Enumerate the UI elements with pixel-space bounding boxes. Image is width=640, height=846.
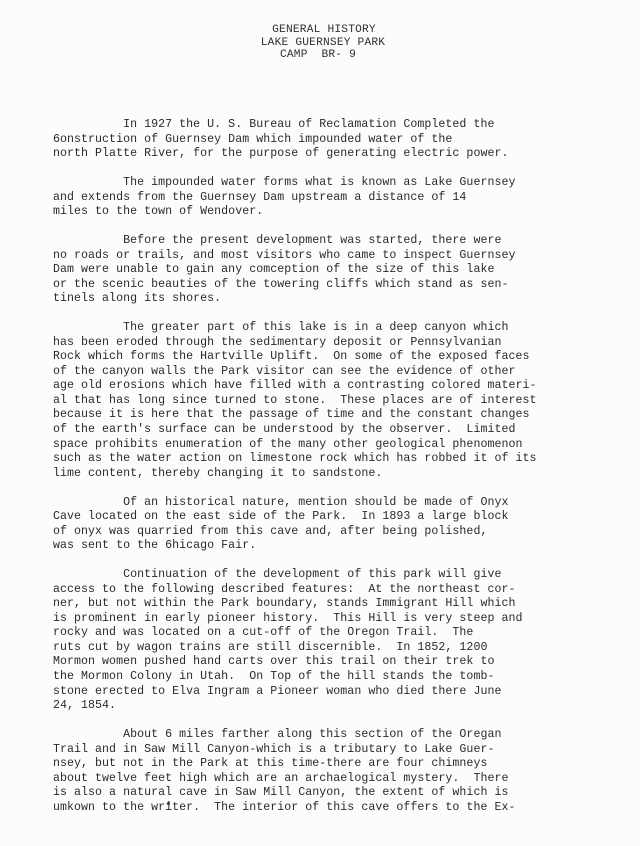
document-header: GENERAL HISTORY LAKE GUERNSEY PARK CAMP …: [0, 24, 640, 62]
text-line: al that has long since turned to stone. …: [53, 394, 593, 409]
text-line: nsey, but not in the Park at this time-t…: [53, 757, 593, 772]
text-line: 6onstruction of Guernsey Dam which impou…: [53, 133, 593, 148]
paragraph: Of an historical nature, mention should …: [53, 496, 593, 554]
text-line: 24, 1854.: [53, 699, 593, 714]
text-line: of the canyon walls the Park visitor can…: [53, 365, 593, 380]
text-line: rocky and was located on a cut-off of th…: [53, 626, 593, 641]
text-line: space prohibits enumeration of the many …: [53, 438, 593, 453]
text-line: Cave located on the east side of the Par…: [53, 510, 593, 525]
text-line: Before the present development was start…: [53, 234, 593, 249]
text-line: Of an historical nature, mention should …: [53, 496, 593, 511]
text-line: ruts cut by wagon trains are still disce…: [53, 641, 593, 656]
text-line: no roads or trails, and most visitors wh…: [53, 249, 593, 264]
text-line: Dam were unable to gain any comception o…: [53, 263, 593, 278]
text-line: About 6 miles farther along this section…: [53, 728, 593, 743]
text-line: Continuation of the development of this …: [53, 568, 593, 583]
text-line: Mormon women pushed hand carts over this…: [53, 655, 593, 670]
text-line: lime content, thereby changing it to san…: [53, 467, 593, 482]
text-line: stone erected to Elva Ingram a Pioneer w…: [53, 685, 593, 700]
text-line: the Mormon Colony in Utah. On Top of the…: [53, 670, 593, 685]
text-line: or the scenic beauties of the towering c…: [53, 278, 593, 293]
document-title: GENERAL HISTORY: [8, 24, 640, 37]
text-line: The impounded water forms what is known …: [53, 176, 593, 191]
paragraph: Continuation of the development of this …: [53, 568, 593, 713]
text-line: because it is here that the passage of t…: [53, 408, 593, 423]
document-body: In 1927 the U. S. Bureau of Reclamation …: [53, 118, 593, 830]
text-line: umkown to the writer. The interior of th…: [53, 801, 593, 816]
paragraph: Before the present development was start…: [53, 234, 593, 307]
text-line: ner, but not within the Park boundary, s…: [53, 597, 593, 612]
text-line: such as the water action on limestone ro…: [53, 452, 593, 467]
document-subtitle: LAKE GUERNSEY PARK: [6, 37, 640, 50]
text-line: is also a natural cave in Saw Mill Canyo…: [53, 786, 593, 801]
text-line: The greater part of this lake is in a de…: [53, 321, 593, 336]
typewritten-page: GENERAL HISTORY LAKE GUERNSEY PARK CAMP …: [0, 0, 640, 846]
text-line: miles to the town of Wendover.: [53, 205, 593, 220]
text-line: of onyx was quarried from this cave and,…: [53, 525, 593, 540]
text-line: north Platte River, for the purpose of g…: [53, 147, 593, 162]
text-line: In 1927 the U. S. Bureau of Reclamation …: [53, 118, 593, 133]
text-line: age old erosions which have filled with …: [53, 379, 593, 394]
text-line: was sent to the 6hicago Fair.: [53, 539, 593, 554]
text-line: about twelve feet high which are an arch…: [53, 772, 593, 787]
text-line: is prominent in early pioneer history. T…: [53, 612, 593, 627]
stray-ink-dot: [167, 802, 170, 805]
paragraph: The greater part of this lake is in a de…: [53, 321, 593, 481]
text-line: and extends from the Guernsey Dam upstre…: [53, 191, 593, 206]
paragraph: The impounded water forms what is known …: [53, 176, 593, 220]
text-line: Rock which forms the Hartville Uplift. O…: [53, 350, 593, 365]
text-line: tinels along its shores.: [53, 292, 593, 307]
text-line: of the earth's surface can be understood…: [53, 423, 593, 438]
camp-label: CAMP BR- 9: [0, 49, 640, 62]
paragraph: In 1927 the U. S. Bureau of Reclamation …: [53, 118, 593, 162]
text-line: has been eroded through the sedimentary …: [53, 336, 593, 351]
text-line: Trail and in Saw Mill Canyon-which is a …: [53, 743, 593, 758]
text-line: access to the following described featur…: [53, 583, 593, 598]
paragraph: About 6 miles farther along this section…: [53, 728, 593, 815]
